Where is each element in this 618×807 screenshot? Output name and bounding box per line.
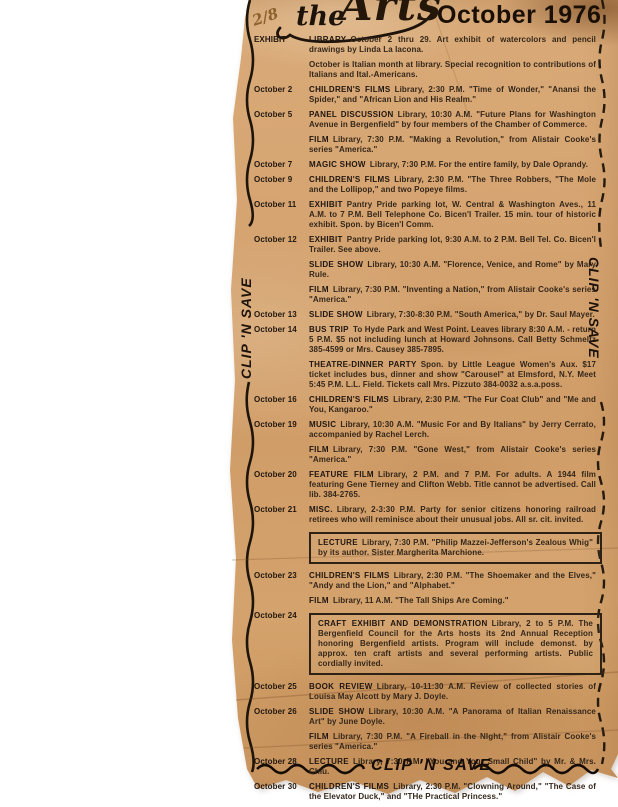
entry-content: PANEL DISCUSSION Library, 10:30 A.M. "Fu… [309,110,596,130]
entry-label: EXHIBIT [309,235,343,244]
entry-label: FILM [309,732,329,741]
entry-content: FILM Library, 7:30 P.M. "A Fireball in t… [309,732,596,752]
entry-text: Library, 7:30 P.M. "Gone West," from Ali… [309,445,596,464]
entry-content: SLIDE SHOW Library, 10:30 A.M. "A Panora… [309,707,596,727]
entry-row: FILM Library, 11 A.M. "The Tall Ships Ar… [254,596,596,606]
entry-date [254,360,304,390]
entry-date: October 25 [254,682,304,702]
entry-label: SLIDE SHOW [309,707,365,716]
entry-date [254,260,304,280]
entry-row: SLIDE SHOW Library, 10:30 A.M. "Florence… [254,260,596,280]
entry-date: EXHIBIT [254,35,304,55]
entry-row: October 16CHILDREN'S FILMS Library, 2:30… [254,395,596,415]
entry-row: THEATRE-DINNER PARTY Spon. by Little Lea… [254,360,596,390]
entry-text: Library, 7:30 P.M. For the entire family… [370,160,588,169]
entry-text: Library, 2-3:30 P.M. Party for senior ci… [309,505,596,524]
entry-content: MUSIC Library, 10:30 A.M. "Music For and… [309,420,596,440]
entry-row: October 24CRAFT EXHIBIT AND DEMONSTRATIO… [254,611,596,677]
entry-text: Library, 10:30 A.M. "Music For and By It… [309,420,596,439]
clip-n-save-right: CLIP 'N SAVE [586,257,602,403]
entry-content: BUS TRIP To Hyde Park and West Point. Le… [309,325,596,355]
entry-content: FILM Library, 11 A.M. "The Tall Ships Ar… [309,596,596,606]
entry-date: October 13 [254,310,304,320]
entry-label: PANEL DISCUSSION [309,110,394,119]
entry-label: MAGIC SHOW [309,160,366,169]
entry-content: SLIDE SHOW Library, 10:30 A.M. "Florence… [309,260,596,280]
entry-content: FILM Library, 7:30 P.M. "Making a Revolu… [309,135,596,155]
entry-text: Pantry Pride parking lot, W. Central & W… [309,200,596,229]
entry-date: October 21 [254,505,304,525]
entry-content: MISC. Library, 2-3:30 P.M. Party for sen… [309,505,596,525]
entry-date [254,285,304,305]
entry-row: October 12EXHIBIT Pantry Pride parking l… [254,235,596,255]
entry-label: CHILDREN'S FILMS [309,175,390,184]
entry-content: October is Italian month at library. Spe… [309,60,596,80]
entry-label: FILM [309,445,329,454]
entry-row: FILM Library, 7:30 P.M. "Inventing a Nat… [254,285,596,305]
clip-n-save-bottom: CLIP 'N SAVE [371,757,491,775]
entry-content: FEATURE FILM Library, 2 P.M. and 7 P.M. … [309,470,596,500]
entry-label: SLIDE SHOW [309,260,363,269]
entry-text: Library, 7:30 P.M. "Making a Revolution,… [309,135,596,154]
entry-row: October 14BUS TRIP To Hyde Park and West… [254,325,596,355]
entry-content: CHILDREN'S FILMS Library, 2:30 P.M. "Clo… [309,782,596,800]
entry-date: October 30 [254,782,304,800]
entry-text: Library, 7:30-8:30 P.M. "South America,"… [367,310,595,319]
entry-label: BOOK REVIEW [309,682,373,691]
entry-date: October 19 [254,420,304,440]
entry-row: October 5PANEL DISCUSSION Library, 10:30… [254,110,596,130]
entry-row: October 23CHILDREN'S FILMS Library, 2:30… [254,571,596,591]
masthead-arts: Arts [340,0,442,30]
entry-label: CHILDREN'S FILMS [309,395,389,404]
entry-date: October 12 [254,235,304,255]
entry-content: MAGIC SHOW Library, 7:30 P.M. For the en… [309,160,596,170]
entry-text: To Hyde Park and West Point. Leaves libr… [309,325,596,354]
entry-label: SLIDE SHOW [309,310,363,319]
entry-label: MISC. [309,505,333,514]
entry-text: Library, 7:30 P.M. "Philip Mazzei-Jeffer… [318,538,593,557]
entry-text: Pantry Pride parking lot, 9:30 A.M. to 2… [309,235,596,254]
entry-label: LECTURE [318,538,358,547]
entry-date [254,732,304,752]
entry-content: LECTURE Library, 7:30 P.M. "Philip Mazze… [309,532,602,564]
masthead-issue: October 1976 [437,1,601,30]
entry-row: October 25BOOK REVIEW Library, 10-11:30 … [254,682,596,702]
entry-text: October is Italian month at library. Spe… [309,60,596,79]
entry-row: FILM Library, 7:30 P.M. "Gone West," fro… [254,445,596,465]
entry-date: October 7 [254,160,304,170]
entry-text: Library, 7:30 P.M. "Inventing a Nation,"… [309,285,596,304]
entry-row: October 21MISC. Library, 2-3:30 P.M. Par… [254,505,596,525]
entry-row: October 13SLIDE SHOW Library, 7:30-8:30 … [254,310,596,320]
entry-date: October 20 [254,470,304,500]
entry-row: October 19MUSIC Library, 10:30 A.M. "Mus… [254,420,596,440]
entries: EXHIBITLIBRARY October 2 thru 29. Art ex… [254,35,596,800]
entry-text: October 2 thru 29. Art exhibit of waterc… [309,35,596,54]
entry-content: FILM Library, 7:30 P.M. "Inventing a Nat… [309,285,596,305]
entry-content: CHILDREN'S FILMS Library, 2:30 P.M. "Tim… [309,85,596,105]
entry-label: CHILDREN'S FILMS [309,782,389,791]
entry-date [254,596,304,606]
entry-row: LECTURE Library, 7:30 P.M. "Philip Mazze… [254,530,596,566]
entry-row: October 2CHILDREN'S FILMS Library, 2:30 … [254,85,596,105]
entry-text: Library, 11 A.M. "The Tall Ships Are Com… [333,596,509,605]
entry-label: LECTURE [309,757,349,766]
clip-n-save-left: CLIP 'N SAVE [238,233,254,379]
entry-content: SLIDE SHOW Library, 7:30-8:30 P.M. "Sout… [309,310,596,320]
entry-content: CHILDREN'S FILMS Library, 2:30 P.M. "The… [309,395,596,415]
entry-row: October 30CHILDREN'S FILMS Library, 2:30… [254,782,596,800]
entry-label: CHILDREN'S FILMS [309,85,391,94]
entry-date: October 5 [254,110,304,130]
entry-content: THEATRE-DINNER PARTY Spon. by Little Lea… [309,360,596,390]
entry-date: October 14 [254,325,304,355]
entry-date: October 28 [254,757,304,777]
entry-row: October is Italian month at library. Spe… [254,60,596,80]
entry-row: October 11EXHIBIT Pantry Pride parking l… [254,200,596,230]
entry-date [254,135,304,155]
entry-row: October 26SLIDE SHOW Library, 10:30 A.M.… [254,707,596,727]
entry-row: October 7MAGIC SHOW Library, 7:30 P.M. F… [254,160,596,170]
entry-label: CHILDREN'S FILMS [309,571,390,580]
entry-date [254,60,304,80]
entry-date: October 26 [254,707,304,727]
entry-row: FILM Library, 7:30 P.M. "Making a Revolu… [254,135,596,155]
entry-date [254,445,304,465]
entry-label: EXHIBIT [309,200,343,209]
entry-label: LIBRARY [309,35,346,44]
entry-content: BOOK REVIEW Library, 10-11:30 A.M. Revie… [309,682,596,702]
entry-content: FILM Library, 7:30 P.M. "Gone West," fro… [309,445,596,465]
entry-content: LIBRARY October 2 thru 29. Art exhibit o… [309,35,596,55]
entry-label: MUSIC [309,420,336,429]
entry-row: October 20FEATURE FILM Library, 2 P.M. a… [254,470,596,500]
entry-label: BUS TRIP [309,325,349,334]
entry-date: October 11 [254,200,304,230]
entry-label: CRAFT EXHIBIT AND DEMONSTRATION [318,619,488,628]
entry-label: FILM [309,135,329,144]
entry-text: Library, 7:30 P.M. "A Fireball in the NI… [309,732,596,751]
entry-content: EXHIBIT Pantry Pride parking lot, 9:30 A… [309,235,596,255]
entry-date: October 23 [254,571,304,591]
entry-content: CHILDREN'S FILMS Library, 2:30 P.M. "The… [309,175,596,195]
entry-label: FEATURE FILM [309,470,374,479]
entry-content: CHILDREN'S FILMS Library, 2:30 P.M. "The… [309,571,596,591]
entry-row: FILM Library, 7:30 P.M. "A Fireball in t… [254,732,596,752]
entry-row: October 9CHILDREN'S FILMS Library, 2:30 … [254,175,596,195]
entry-content: CRAFT EXHIBIT AND DEMONSTRATION Library,… [309,613,602,675]
entry-date: October 9 [254,175,304,195]
entry-date [254,530,304,566]
masthead-the: the [296,1,345,32]
entry-date: October 2 [254,85,304,105]
entry-row: EXHIBITLIBRARY October 2 thru 29. Art ex… [254,35,596,55]
entry-date: October 16 [254,395,304,415]
entry-date: October 24 [254,611,304,677]
entry-content: EXHIBIT Pantry Pride parking lot, W. Cen… [309,200,596,230]
entry-label: FILM [309,285,329,294]
entry-label: FILM [309,596,329,605]
entry-label: THEATRE-DINNER PARTY [309,360,417,369]
